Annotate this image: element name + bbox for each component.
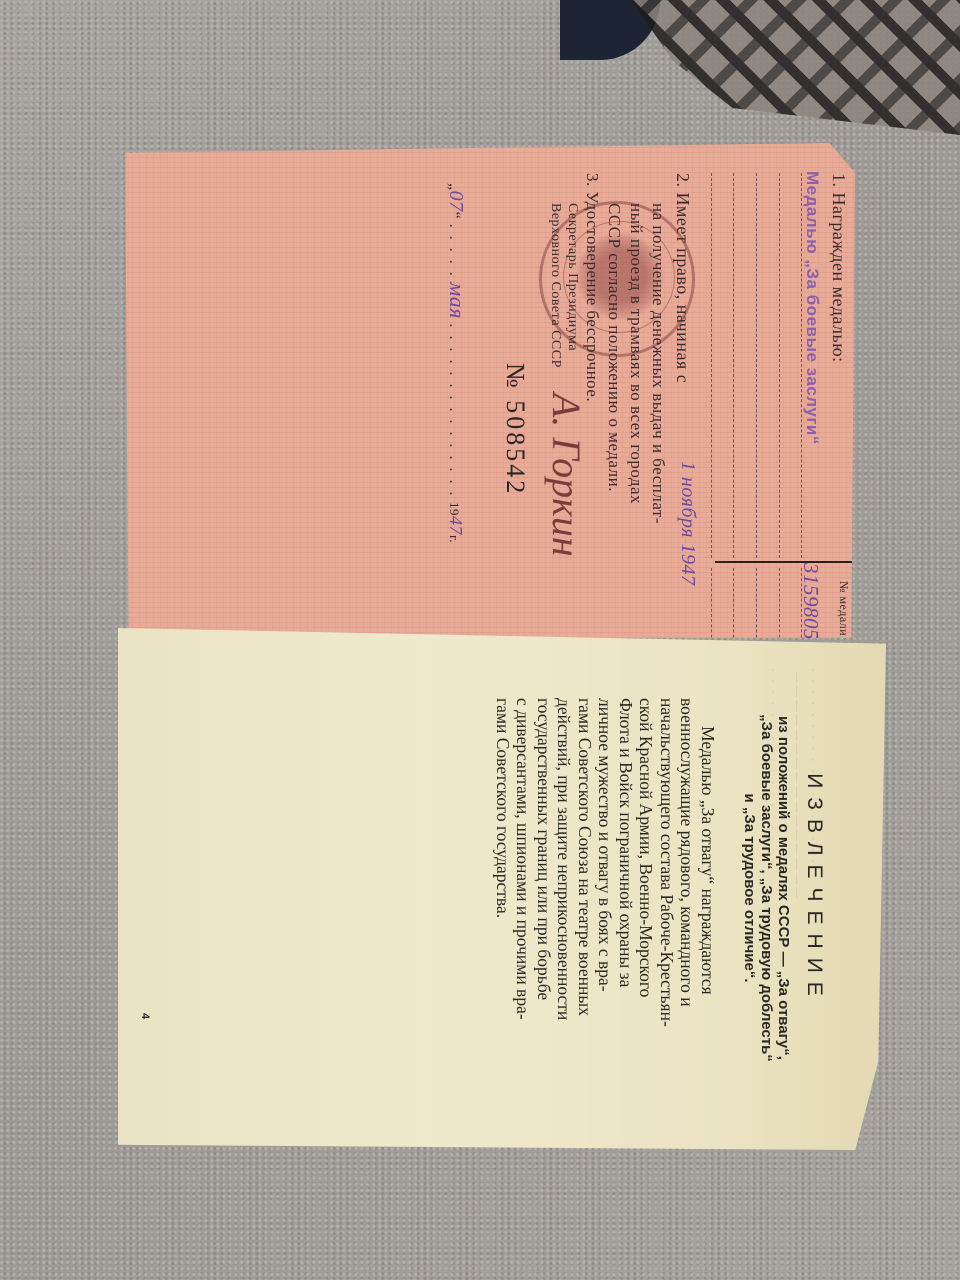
body-line: гами Советского государства. (493, 698, 514, 1093)
body-line: личное мужество и отвагу в боях с вра- (595, 698, 616, 1093)
item2-line3: ный проезд в трамваях во всех городах (626, 203, 646, 504)
date-day: 07 (445, 191, 467, 212)
certificate-right-page-content: . . . . . . . . . . . . . . . . . . ─ ─ … (118, 628, 886, 1150)
date-quote-close: “ (446, 212, 463, 220)
body-line: Медалью „За отвагу“ награждаются (698, 698, 719, 1093)
column-divider (715, 561, 855, 563)
body-line: гами Советского Союза на театре военных (575, 698, 596, 1093)
item2-line4: СССР согласно положению о медали. (604, 203, 624, 492)
page-number: 4 (139, 1013, 151, 1019)
certificate-right-page: . . . . . . . . . . . . . . . . . . ─ ─ … (118, 628, 886, 1150)
body-line: Флота и Войск пограничной охраны за (616, 698, 637, 1093)
item2-date-handwritten: 1 ноября 1947 (676, 461, 699, 586)
secretary-line1: Секретарь Президиума (564, 203, 580, 351)
date-line: „07“ . . . . . мая . . . . . . . . . . .… (444, 183, 470, 543)
dotted-line (779, 173, 780, 558)
body-line: государственных границ или при борьбе (534, 698, 555, 1093)
extract-body: Медалью „За отвагу“ награждаются военнос… (493, 698, 719, 1093)
subtitle-line1: из положений о медалях СССР — „За отвагу… (775, 653, 792, 1123)
body-line: с диверсантами, шпионами и прочими вра- (513, 698, 534, 1093)
body-line: военнослужащие рядового, командного и (677, 698, 698, 1093)
dotted-line (756, 173, 757, 558)
extract-title: ИЗВЛЕЧЕНИЕ (802, 628, 826, 1150)
dotted-line (801, 173, 802, 558)
date-year: 47 (446, 516, 466, 535)
secretary-line2: Верховного Совета СССР (547, 203, 563, 368)
item2-line2: на получение денежных выдач и бесплат- (648, 203, 668, 524)
body-line: действий, при защите неприкосновенности (554, 698, 575, 1093)
dotted-line (733, 173, 734, 558)
dotted-line (711, 173, 712, 558)
subtitle-line3: и „За трудовое отличие“. (741, 653, 758, 1123)
item2-line1: 2. Имеет право, начиная с (672, 173, 693, 383)
certificate-number: № 508542 (500, 363, 530, 496)
subtitle-line2: „За боевые заслуги“, „За трудовую доблес… (758, 653, 775, 1123)
body-line: ской Красной Армии, Военно-Морского (636, 698, 657, 1093)
certificate-left-page: 1. Награжден медалью: № медали Медалью „… (125, 143, 855, 638)
item1-label: 1. Награжден медалью: (828, 173, 849, 363)
date-quote-open: „ (446, 183, 463, 191)
item3-line1: 3. Удостоверение бессрочное. (582, 173, 602, 402)
body-line: начальствующего состава Рабоче-Крестьян- (657, 698, 678, 1093)
certificate-left-page-content: 1. Награжден медалью: № медали Медалью „… (125, 143, 855, 638)
medal-name-stamp: Медалью „За боевые заслуги“ (802, 171, 822, 445)
medal-number-label: № медали (836, 581, 851, 636)
signature: А. Горкин (543, 393, 590, 557)
date-year-prefix: 19 (447, 502, 462, 516)
background-patterned-fabric (610, 0, 960, 135)
date-year-suffix: г. (447, 535, 462, 543)
extract-subtitle: из положений о медалях СССР — „За отвагу… (741, 653, 792, 1123)
date-month: мая (445, 282, 470, 319)
